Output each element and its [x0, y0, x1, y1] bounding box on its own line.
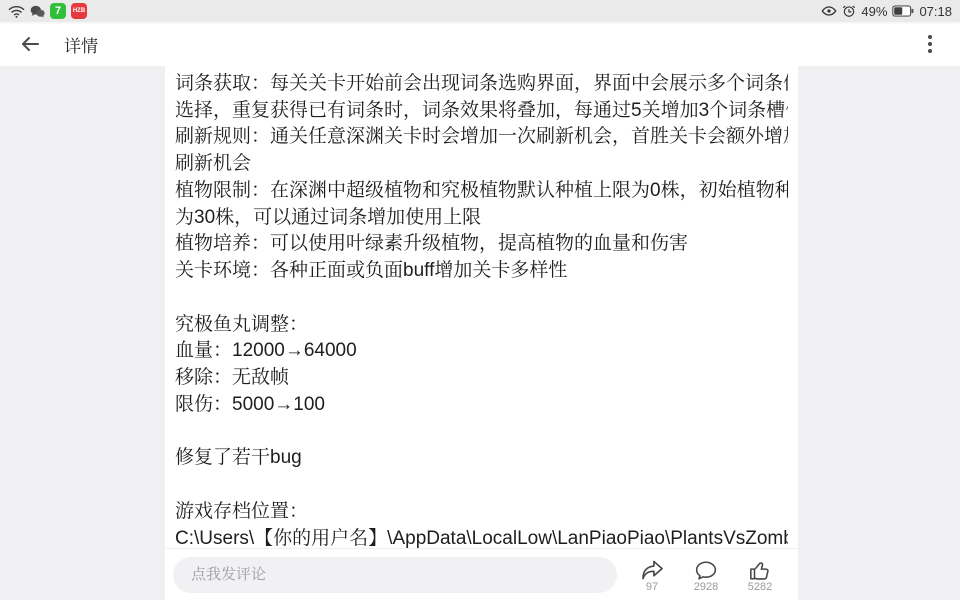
article-line: 植物培养：可以使用叶绿素升级植物，提高植物的血量和伤害 [175, 229, 788, 256]
article-line: 刷新规则：通关任意深渊关卡时会增加一次刷新机会，首胜关卡会额外增加一次 [175, 122, 788, 149]
article-line: 为30株，可以通过词条增加使用上限 [175, 202, 788, 229]
article-body: 词条获取：每关关卡开始前会出现词条选购界面，界面中会展示多个词条供玩家选择，重复… [165, 66, 798, 548]
comment-button[interactable]: 2928 [679, 556, 733, 593]
comment-count: 2928 [694, 582, 718, 593]
action-group: 97 2928 5282 [625, 556, 787, 593]
article-line: 限伤：5000→100 [175, 389, 788, 416]
article-line: 血量：12000→64000 [175, 336, 788, 363]
thumbs-up-icon [749, 560, 771, 581]
like-button[interactable]: 5282 [733, 556, 787, 593]
status-bar: 7 HZB 49% 07:18 [0, 0, 960, 22]
clock-time: 07:18 [919, 4, 952, 19]
article-line [175, 469, 788, 496]
article-line: 修复了若干bug [175, 443, 788, 470]
comment-input[interactable] [173, 557, 617, 593]
eye-protection-icon [821, 5, 837, 17]
battery-percent: 49% [861, 4, 887, 19]
alarm-icon [842, 4, 856, 18]
share-icon [641, 560, 664, 581]
article-line: 刷新机会 [175, 148, 788, 175]
article-line: 究极鱼丸调整： [175, 309, 788, 336]
page-title: 详情 [64, 32, 98, 57]
like-count: 5282 [748, 582, 772, 593]
wechat-icon [30, 5, 45, 18]
red-app-icon: HZB [71, 3, 87, 19]
nav-bar: 详情 [0, 22, 960, 66]
article-line: 关卡环境：各种正面或负面buff增加关卡多样性 [175, 255, 788, 282]
status-left: 7 HZB [8, 3, 87, 19]
article-line: 移除：无敌帧 [175, 362, 788, 389]
comment-icon [695, 560, 717, 581]
back-button[interactable] [16, 30, 44, 58]
wifi-icon [8, 4, 25, 19]
article-line: 游戏存档位置： [175, 496, 788, 523]
share-button[interactable]: 97 [625, 556, 679, 593]
article-line: 植物限制：在深渊中超级植物和究极植物默认种植上限为0株，初始植物种植上限 [175, 175, 788, 202]
content-column: 词条获取：每关关卡开始前会出现词条选购界面，界面中会展示多个词条供玩家选择，重复… [165, 66, 798, 600]
page-background: 词条获取：每关关卡开始前会出现词条选购界面，界面中会展示多个词条供玩家选择，重复… [0, 66, 960, 600]
green-app-icon: 7 [50, 3, 66, 19]
comment-bar: 97 2928 5282 [165, 548, 798, 600]
share-count: 97 [646, 582, 658, 593]
article-line: 词条获取：每关关卡开始前会出现词条选购界面，界面中会展示多个词条供玩家 [175, 68, 788, 95]
battery-icon [892, 5, 914, 17]
article-line: 选择，重复获得已有词条时，词条效果将叠加，每通过5关增加3个词条槽位 [175, 95, 788, 122]
overflow-menu-button[interactable] [924, 31, 936, 57]
back-arrow-icon [18, 32, 42, 56]
article-line [175, 416, 788, 443]
status-right: 49% 07:18 [821, 4, 952, 19]
article-line: C:\Users\【你的用户名】\AppData\LocalLow\LanPia… [175, 523, 788, 548]
article-line [175, 282, 788, 309]
